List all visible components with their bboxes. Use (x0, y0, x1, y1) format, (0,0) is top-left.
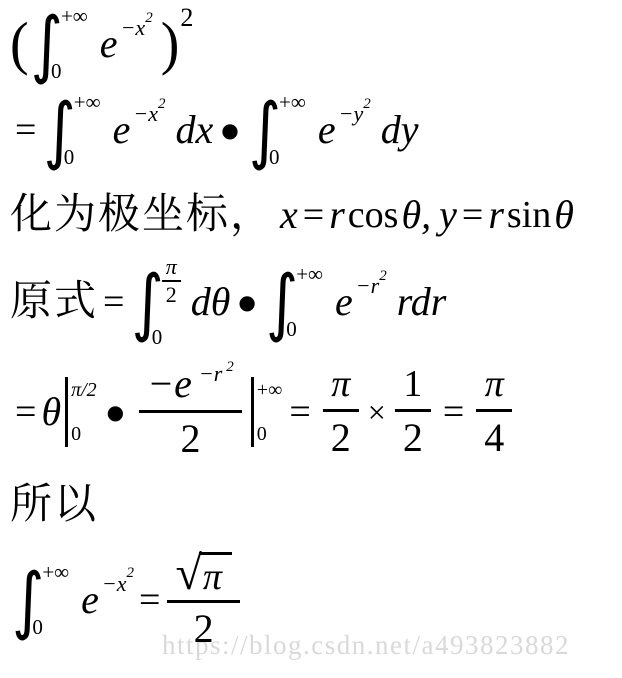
equals-sign: = (303, 196, 324, 234)
integral-bounds: +∞ 0 (42, 562, 69, 638)
exponent-square: 2 (145, 11, 153, 26)
upper-bound: π/2 (71, 380, 97, 400)
chinese-text-polar: 化为极坐标， (10, 192, 274, 238)
differential-dtheta: dθ (191, 282, 231, 322)
exponent-square: 2 (158, 97, 166, 112)
open-paren: ( (10, 15, 29, 74)
upper-bound: +∞ (42, 562, 69, 583)
integral-7-1: ∫ +∞ 0 (12, 562, 69, 638)
sin-function: sin (507, 196, 551, 234)
integral-sign-icon: ∫ (43, 93, 75, 166)
numerator: −e −r 2 (139, 362, 242, 410)
euler-e: e (318, 110, 336, 150)
differential-dx: dx (175, 110, 213, 150)
integral-bounds: +∞ 0 (61, 6, 88, 82)
formula-line-6: 所以 (10, 482, 98, 528)
upper-bound: +∞ (257, 380, 283, 400)
integral-4-2: ∫ +∞ 0 (266, 264, 323, 340)
exponent-square: 2 (226, 359, 234, 375)
evaluation-bar-1: π/2 0 (65, 377, 97, 447)
exponent: −x (121, 17, 146, 39)
integral-sign-icon: ∫ (266, 265, 298, 338)
fraction-pi-4: π 4 (476, 363, 512, 460)
equals-sign: = (289, 393, 310, 431)
numerator: √ π (167, 548, 239, 600)
upper-bound: +∞ (279, 92, 306, 113)
upper-bound: +∞ (61, 6, 88, 27)
chinese-text-therefore: 所以 (10, 482, 98, 528)
integral-2-1: ∫ +∞ 0 (43, 92, 100, 168)
pi: π (199, 552, 232, 596)
var-r: r (488, 195, 504, 235)
equals-sign: = (103, 283, 124, 321)
integral-4-1: ∫ π 2 0 (131, 256, 180, 348)
integral-sign-icon: ∫ (131, 265, 163, 338)
var-theta: θ (401, 195, 421, 235)
integral-1-1: ∫ +∞ 0 (31, 6, 88, 82)
formula-line-2: = ∫ +∞ 0 e −x 2 dx ● ∫ +∞ 0 e −y 2 dy (10, 92, 418, 168)
multiplication-dot-icon: ● (238, 290, 255, 314)
integral-sign-icon: ∫ (249, 93, 281, 166)
denominator: 2 (139, 410, 242, 461)
integral-sign-icon: ∫ (12, 563, 44, 636)
exponent-square: 2 (127, 566, 135, 581)
euler-e: e (81, 580, 99, 620)
numerator: π (323, 363, 358, 409)
multiplication-dot-icon: ● (221, 118, 238, 142)
integral-2-2: ∫ +∞ 0 (249, 92, 306, 168)
fraction-exp: −e −r 2 2 (139, 362, 242, 461)
integral-bounds: +∞ 0 (74, 92, 101, 168)
exponent: −r (356, 275, 379, 297)
denominator: 2 (167, 600, 239, 651)
upper-bound: +∞ (74, 92, 101, 113)
formula-page: { "page": {"background": "#ffffff", "ink… (0, 0, 622, 678)
var-x: x (280, 195, 298, 235)
outer-square: 2 (180, 5, 193, 31)
eval-bounds: +∞ 0 (257, 377, 283, 447)
vertical-bar (251, 377, 254, 447)
integral-bounds: +∞ 0 (296, 264, 323, 340)
minus-e: −e (147, 361, 192, 406)
denominator: 2 (162, 280, 181, 306)
integral-bounds: π 2 0 (162, 256, 181, 348)
denominator: 2 (323, 409, 359, 460)
times-sign: × (368, 396, 386, 428)
evaluation-bar-2: +∞ 0 (251, 377, 283, 447)
numerator: 1 (395, 363, 430, 409)
cos-function: cos (348, 196, 399, 234)
fraction-sqrt-pi-2: √ π 2 (167, 548, 239, 651)
euler-e: e (100, 24, 118, 64)
var-theta: θ (41, 392, 61, 432)
formula-line-3: 化为极坐标， x = r cos θ , y = r sin θ (10, 192, 574, 238)
equals-sign: = (443, 393, 464, 431)
equals-sign: = (462, 196, 483, 234)
equals-sign: = (15, 111, 36, 149)
lower-bound: 0 (71, 424, 97, 444)
fraction-pi-2: π 2 (323, 363, 359, 460)
euler-e: e (113, 110, 131, 150)
equals-sign: = (139, 581, 160, 619)
exponent-square: 2 (363, 97, 371, 112)
multiplication-dot-icon: ● (107, 400, 124, 424)
denominator: 2 (395, 409, 431, 460)
formula-line-7: ∫ +∞ 0 e −x 2 = √ π 2 (10, 548, 242, 651)
formula-line-5: = θ π/2 0 ● −e −r 2 2 +∞ 0 = π 2 × 1 2 =… (10, 362, 519, 461)
formula-line-1: ( ∫ +∞ 0 e −x 2 ) 2 (10, 6, 193, 82)
close-paren: ) (161, 15, 180, 74)
upper-bound-fraction: π 2 (162, 256, 181, 306)
differential-dy: dy (381, 110, 419, 150)
var-r: r (329, 195, 345, 235)
exponent-square: 2 (379, 269, 387, 284)
integral-bounds: +∞ 0 (279, 92, 306, 168)
chinese-text-original: 原式 (10, 279, 98, 325)
eval-bounds: π/2 0 (71, 377, 97, 447)
lower-bound: 0 (257, 424, 283, 444)
exponent: −y (339, 103, 364, 125)
integral-sign-icon: ∫ (31, 7, 63, 80)
vertical-bar (65, 377, 68, 447)
exponent: −x (102, 573, 127, 595)
upper-bound: +∞ (296, 264, 323, 285)
comma: , (421, 195, 431, 235)
denominator: 4 (476, 409, 512, 460)
fraction-1-2: 1 2 (395, 363, 431, 460)
exponent: −x (133, 103, 158, 125)
exponent: −r (199, 361, 222, 386)
pi: π (166, 256, 177, 278)
var-theta: θ (554, 195, 574, 235)
numerator: π (477, 363, 512, 409)
differential-rdr: rdr (397, 282, 447, 322)
formula-line-4: 原式 = ∫ π 2 0 dθ ● ∫ +∞ 0 e −r 2 rdr (10, 256, 446, 348)
euler-e: e (335, 282, 353, 322)
square-root: √ π (175, 550, 231, 598)
equals-sign: = (15, 393, 36, 431)
var-y: y (439, 195, 457, 235)
